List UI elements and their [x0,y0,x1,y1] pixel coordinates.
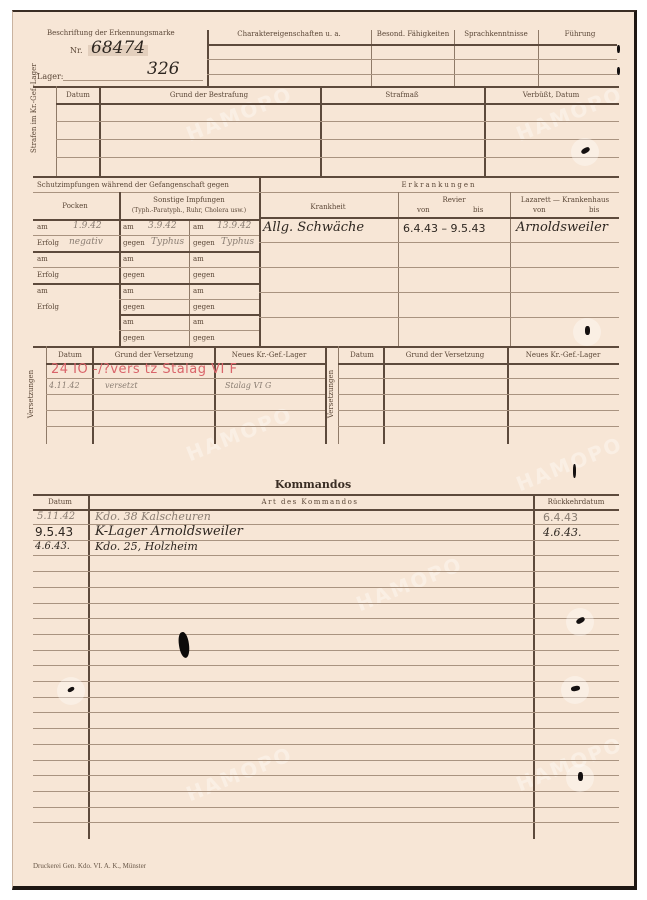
watermark: HAMOPO [513,432,627,497]
kommandos-title: Kommandos [275,478,351,491]
other2-type-hw: Typhus [221,237,254,247]
pocken-erfolg-3: Erfolg [37,303,59,311]
kommando-row-1-return: 6.4.43 [543,511,578,524]
pocken-erfolg-2: Erfolg [37,271,59,279]
other-am: am [193,318,204,326]
other-gegen: gegen [193,334,215,342]
watermark: HAMOPO [353,552,467,617]
other-gegen: gegen [123,334,145,342]
other-am: am [123,287,134,295]
other-gegen: gegen [193,303,215,311]
other-gegen: gegen [123,239,145,247]
col-other-vacc-sub: (Typh.-Paratyph., Ruhr, Cholera usw.) [132,207,246,214]
col-other-vacc: Sonstige Impfungen [153,196,225,204]
tear-mark [573,464,576,478]
kommando-row-1-datum: 5.11.42 [37,511,75,522]
punch-hole [585,326,590,335]
edge-tear [617,45,620,53]
other-am: am [123,255,134,263]
other-am: am [123,223,134,231]
other-gegen: gegen [123,303,145,311]
kommando-row-1-art: Kdo. 38 Kalscheuren [95,510,211,523]
col-pocken: Pocken [62,202,87,210]
illness-row-1-krankheit: Allg. Schwäche [263,220,364,235]
transfer-row-1-lager: Stalag VI G [225,381,271,390]
kommandos-col-art: Art des Kommandos [262,498,359,506]
transfers-right-side-label: Versetzungen [327,364,335,424]
transfers-left-col-datum: Datum [58,351,82,359]
col-krankheit: Krankheit [310,203,345,211]
col-conduct: Führung [565,30,596,38]
lazarett-von: von [533,206,546,214]
kommandos-col-return: Rückkehrdatum [548,498,605,506]
lazarett-bis: bis [589,206,599,214]
ink-blot [177,631,191,658]
pocken-erfolg-1: Erfolg [37,239,59,247]
kommando-row-3-art: Kdo. 25, Holzheim [95,540,198,553]
revier-bis: bis [473,206,483,214]
pocken-am-3: am [37,287,48,295]
transfers-right-col-camp: Neues Kr.-Gef.-Lager [526,351,601,359]
vaccinations-title: Schutzimpfungen während der Gefangenscha… [37,181,229,189]
transfers-left-col-reason: Grund der Versetzung [115,351,194,359]
other-am: am [193,255,204,263]
revier-von: von [417,206,430,214]
col-datum: Datum [66,91,90,99]
kommandos-col-datum: Datum [48,498,72,506]
other-gegen: gegen [193,271,215,279]
punishments-side-label: Strafen im Kr.-Gef.-Lager [30,103,38,153]
illnesses-title: Erkrankungen [401,181,476,189]
illness-row-1-lazarett: Arnoldsweiler [516,220,608,235]
col-reason: Grund der Bestrafung [170,91,248,99]
pocken-result-hw: negativ [69,237,103,247]
punch-hole [578,772,583,781]
transfers-left-side-label: Versetzungen [27,364,35,424]
other1-type-hw: Typhus [151,237,184,247]
other-gegen: gegen [193,239,215,247]
col-lazarett: Lazarett — Krankenhaus [521,196,609,204]
col-penalty: Strafmaß [385,91,418,99]
index-card: HAMOPO HAMOPO HAMOPO HAMOPO HAMOPO HAMOP… [12,10,637,890]
printer-imprint: Druckerei Gen. Kdo. VI. A. K., Münster [33,862,146,870]
edge-tear [617,67,620,75]
col-abilities: Besond. Fähigkeiten [377,30,449,38]
illness-row-1-revier: 6.4.43 – 9.5.43 [403,222,485,235]
inscription-label: Beschriftung der Erkennungsmarke [47,29,175,37]
col-served: Verbüßt, Datum [523,91,580,99]
col-character: Charaktereigenschaften u. a. [237,30,340,38]
kommando-row-2-return: 4.6.43. [543,526,581,539]
watermark: HAMOPO [183,742,297,807]
watermark: HAMOPO [183,402,297,467]
other-am: am [193,223,204,231]
kommando-row-2-art: K-Lager Arnoldsweiler [95,524,243,539]
other2-date-hw: 13.9.42 [217,221,251,231]
transfers-right-col-datum: Datum [350,351,374,359]
transfers-left-col-camp: Neues Kr.-Gef.-Lager [232,351,307,359]
other1-date-hw: 3.9.42 [148,221,177,231]
transfer-row-1-grund: versetzt [105,381,138,390]
transfer-stamp: 24 IO -/?vers tz Stalag VI F [51,362,237,377]
transfer-row-1-datum: 4.11.42 [49,381,80,390]
lager-value: 326 [147,59,179,79]
pocken-am-1: am [37,223,48,231]
col-languages: Sprachkenntnisse [464,30,528,38]
col-revier: Revier [442,196,465,204]
lager-label: Lager: [37,72,63,81]
other-gegen: gegen [123,271,145,279]
pocken-am-2: am [37,255,48,263]
kommando-row-2-datum: 9.5.43 [35,525,73,539]
nr-value: 68474 [91,38,145,58]
other-am: am [193,287,204,295]
other-am: am [123,318,134,326]
pocken-date-hw: 1.9.42 [73,221,102,231]
kommando-row-3-datum: 4.6.43. [35,541,70,552]
transfers-right-col-reason: Grund der Versetzung [406,351,485,359]
nr-label: Nr. [70,46,83,55]
